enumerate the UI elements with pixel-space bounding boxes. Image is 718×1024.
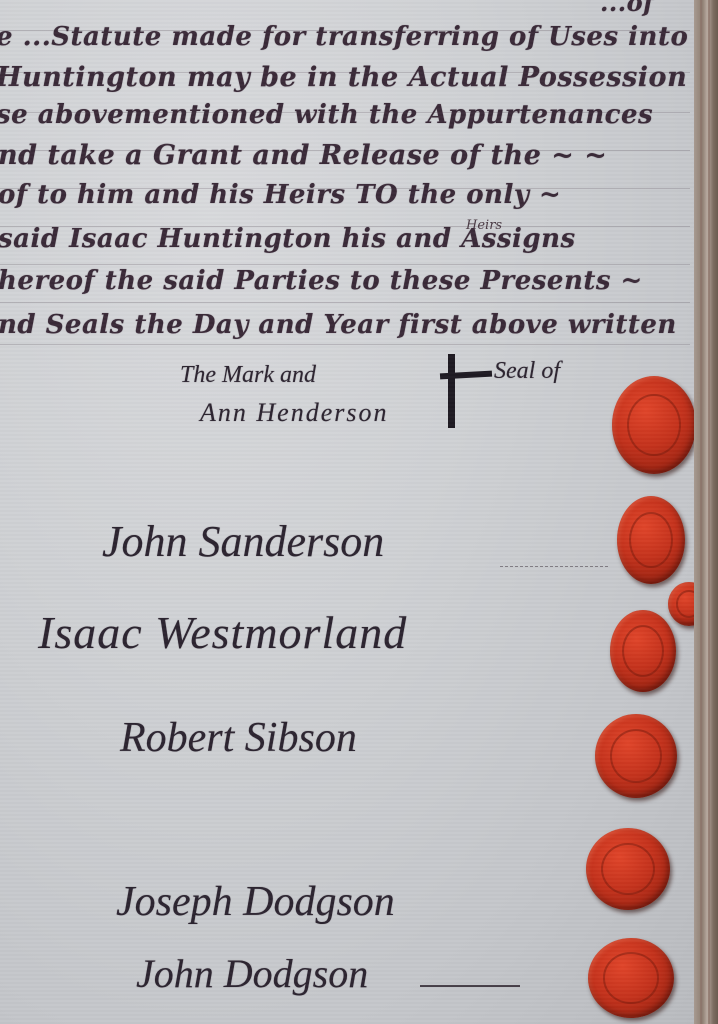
top-line-fragment: ...of (600, 0, 654, 17)
signature-isaac-westmorland: Isaac Westmorland (38, 606, 407, 659)
interlinear-insertion: Heirs (466, 218, 502, 233)
ruled-line (0, 226, 690, 227)
wax-seal-john-sanderson (617, 496, 685, 584)
wax-seal-ann-henderson (612, 376, 696, 474)
wax-seal-robert-sibson (595, 714, 677, 798)
deed-paper: ...of e ...Statute made for transferring… (0, 0, 700, 1024)
ruled-line (0, 150, 690, 151)
edge-line (708, 0, 710, 1024)
wax-seal-joseph-dodgson (586, 828, 670, 910)
ruled-line (0, 30, 690, 31)
deed-line-1-prefix: e (0, 22, 23, 52)
signature-john-dodgson: John Dodgson (136, 950, 368, 997)
signature-leader-line (500, 566, 608, 568)
deed-line-4: nd take a Grant and Release of the ~ ~ (0, 140, 607, 171)
ruled-line (0, 302, 690, 303)
cross-mark-vertical (448, 354, 455, 428)
signature-underline (420, 985, 520, 988)
signature-joseph-dodgson: Joseph Dodgson (116, 878, 395, 926)
signature-john-sanderson: John Sanderson (102, 516, 384, 567)
deed-line-2: Huntington may be in the Actual Possessi… (0, 62, 687, 93)
ruled-line (0, 344, 690, 345)
edge-line (700, 0, 702, 1024)
ruled-line (0, 112, 690, 113)
deed-line-7: hereof the said Parties to these Present… (0, 266, 643, 296)
wax-seal-john-dodgson (588, 938, 674, 1018)
deed-line-8: nd Seals the Day and Year first above wr… (0, 310, 677, 340)
ruled-line (0, 264, 690, 265)
cross-mark-horizontal (440, 371, 492, 380)
document-fold-edge (694, 0, 718, 1024)
mark-statement-line1: The Mark and (180, 362, 316, 389)
ruled-line (0, 188, 690, 189)
mark-statement-seal-of: Seal of (494, 358, 560, 385)
deed-line-1: e ...Statute made for transferring of Us… (0, 22, 688, 52)
deed-line-3: se abovementioned with the Appurtenances (0, 100, 653, 130)
ruled-line (0, 72, 690, 73)
deed-line-1-text: ...Statute made for transferring of Uses… (23, 22, 689, 52)
signature-robert-sibson: Robert Sibson (120, 714, 357, 762)
deed-line-5: of to him and his Heirs TO the only ~ (0, 180, 561, 210)
deed-line-6: said Isaac Huntington his and Assigns (0, 224, 576, 254)
mark-statement-name: Ann Henderson (200, 398, 388, 428)
wax-seal-isaac-westmorland (610, 610, 676, 692)
